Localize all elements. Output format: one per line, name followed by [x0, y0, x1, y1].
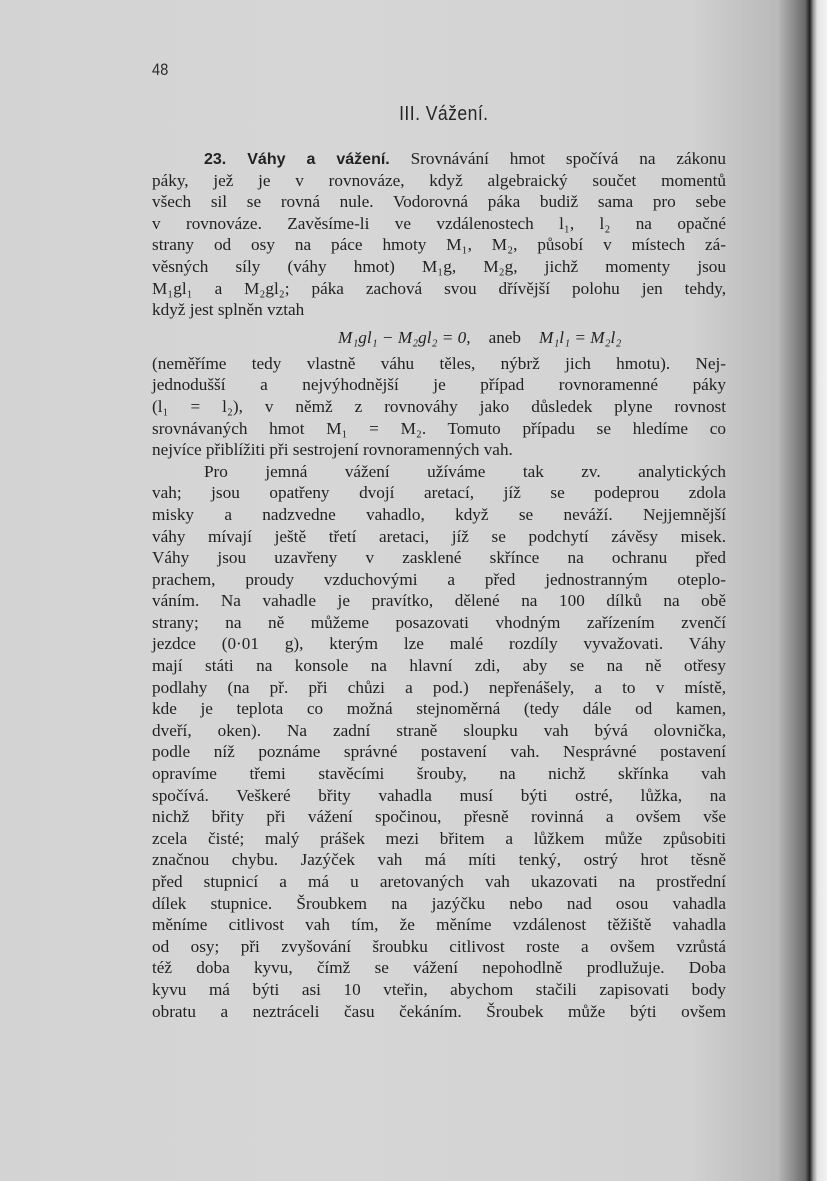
equation-connector: aneb: [471, 328, 539, 347]
text-line: vah; jsou opatřeny dvojí aretací, jíž se…: [152, 482, 726, 504]
body-text: 23. Váhy a vážení. Srovnávání hmot spočí…: [152, 148, 726, 1022]
text-line: když jest splněn vztah: [152, 299, 726, 321]
text-line: (neměříme tedy vlastně váhu těles, nýbrž…: [152, 353, 726, 375]
chapter-title: III. Vážení.: [0, 103, 827, 126]
text-line: srovnávaných hmot M₁ = M₂. Tomuto případ…: [152, 418, 726, 440]
text-line: podlahy (na př. při chůzi a pod.) nepřen…: [152, 677, 726, 699]
page-edge-binding: [810, 0, 827, 1181]
text-line: všech sil se rovná nule. Vodorovná páka …: [152, 191, 726, 213]
page-number: 48: [152, 60, 168, 80]
text-line: podle níž poznáme správné postavení vah.…: [152, 741, 726, 763]
text-line: Váhy jsou uzavřeny v zasklené skřínce na…: [152, 547, 726, 569]
text-line: spočívá. Veškeré břity vahadla musí býti…: [152, 785, 726, 807]
equation-left: M₁gl₁ − M₂gl₂ = 0,: [338, 328, 471, 347]
text-line: nichž břity při vážení spočinou, přesně …: [152, 806, 726, 828]
text-line: dveří, oken). Na zadní straně sloupku va…: [152, 720, 726, 742]
text-line: zcela čisté; malý prášek mezi břitem a l…: [152, 828, 726, 850]
text-line: též doba kyvu, čímž se vážení nepohodlně…: [152, 957, 726, 979]
text-line: prachem, proudy vzduchovými a před jedno…: [152, 569, 726, 591]
text-line: váhy mívají ještě třetí aretaci, jíž se …: [152, 526, 726, 548]
text-line: jezdce (0·01 g), kterým lze malé rozdíly…: [152, 633, 726, 655]
text-line: opravíme třemi stavěcími šrouby, na nich…: [152, 763, 726, 785]
text-line: věsných síly (váhy hmot) M₁g, M₂g, jichž…: [152, 256, 726, 278]
text-line: M₁gl₁ a M₂gl₂; páka zachová svou dřívějš…: [152, 278, 726, 300]
text-line-content: Srovnávání hmot spočívá na zákonu: [411, 149, 726, 168]
text-line: misky a nadzvedne vahadlo, když se neváž…: [152, 504, 726, 526]
text-line: kde je teplota co možná stejnoměrná (ted…: [152, 698, 726, 720]
text-line: dílek stupnice. Šroubkem na jazýčku nebo…: [152, 893, 726, 915]
chapter-title-text: III. Vážení.: [399, 103, 488, 126]
text-line: strany od osy na páce hmoty M₁, M₂, půso…: [152, 234, 726, 256]
text-line: před stupnicí a má u aretovaných vah uka…: [152, 871, 726, 893]
text-line: od osy; při zvyšování šroubku citlivost …: [152, 936, 726, 958]
text-line: páky, jež je v rovnováze, když algebraic…: [152, 170, 726, 192]
text-line: strany; na ně můžeme posazovati vhodným …: [152, 612, 726, 634]
equation-right: M₁l₁ = M₂l₂: [539, 328, 621, 347]
text-line: 23. Váhy a vážení. Srovnávání hmot spočí…: [152, 148, 726, 170]
section-heading: 23. Váhy a vážení.: [204, 151, 390, 168]
text-line: Pro jemná vážení užíváme tak zv. analyti…: [152, 461, 726, 483]
text-line: v rovnováze. Zavěsíme-li ve vzdálenostec…: [152, 213, 726, 235]
scanned-page: 48 III. Vážení. 23. Váhy a vážení. Srovn…: [0, 0, 810, 1181]
text-line: značnou chybu. Jazýček vah má míti tenký…: [152, 849, 726, 871]
text-line: jednodušší a nejvýhodnější je případ rov…: [152, 374, 726, 396]
text-line: nejvíce přiblížiti při sestrojení rovnor…: [152, 439, 726, 461]
text-line: váním. Na vahadle je pravítko, dělené na…: [152, 590, 726, 612]
text-line: mají státi na konsole na hlavní zdi, aby…: [152, 655, 726, 677]
text-line: (l₁ = l₂), v němž z rovnováhy jako důsle…: [152, 396, 726, 418]
text-line: kyvu má býti asi 10 vteřin, abychom stač…: [152, 979, 726, 1001]
text-line: obratu a neztráceli času čekáním. Šroube…: [152, 1001, 726, 1023]
text-line: měníme citlivost vah tím, že měníme vzdá…: [152, 914, 726, 936]
equation: M₁gl₁ − M₂gl₂ = 0,anebM₁l₁ = M₂l₂: [152, 323, 726, 353]
